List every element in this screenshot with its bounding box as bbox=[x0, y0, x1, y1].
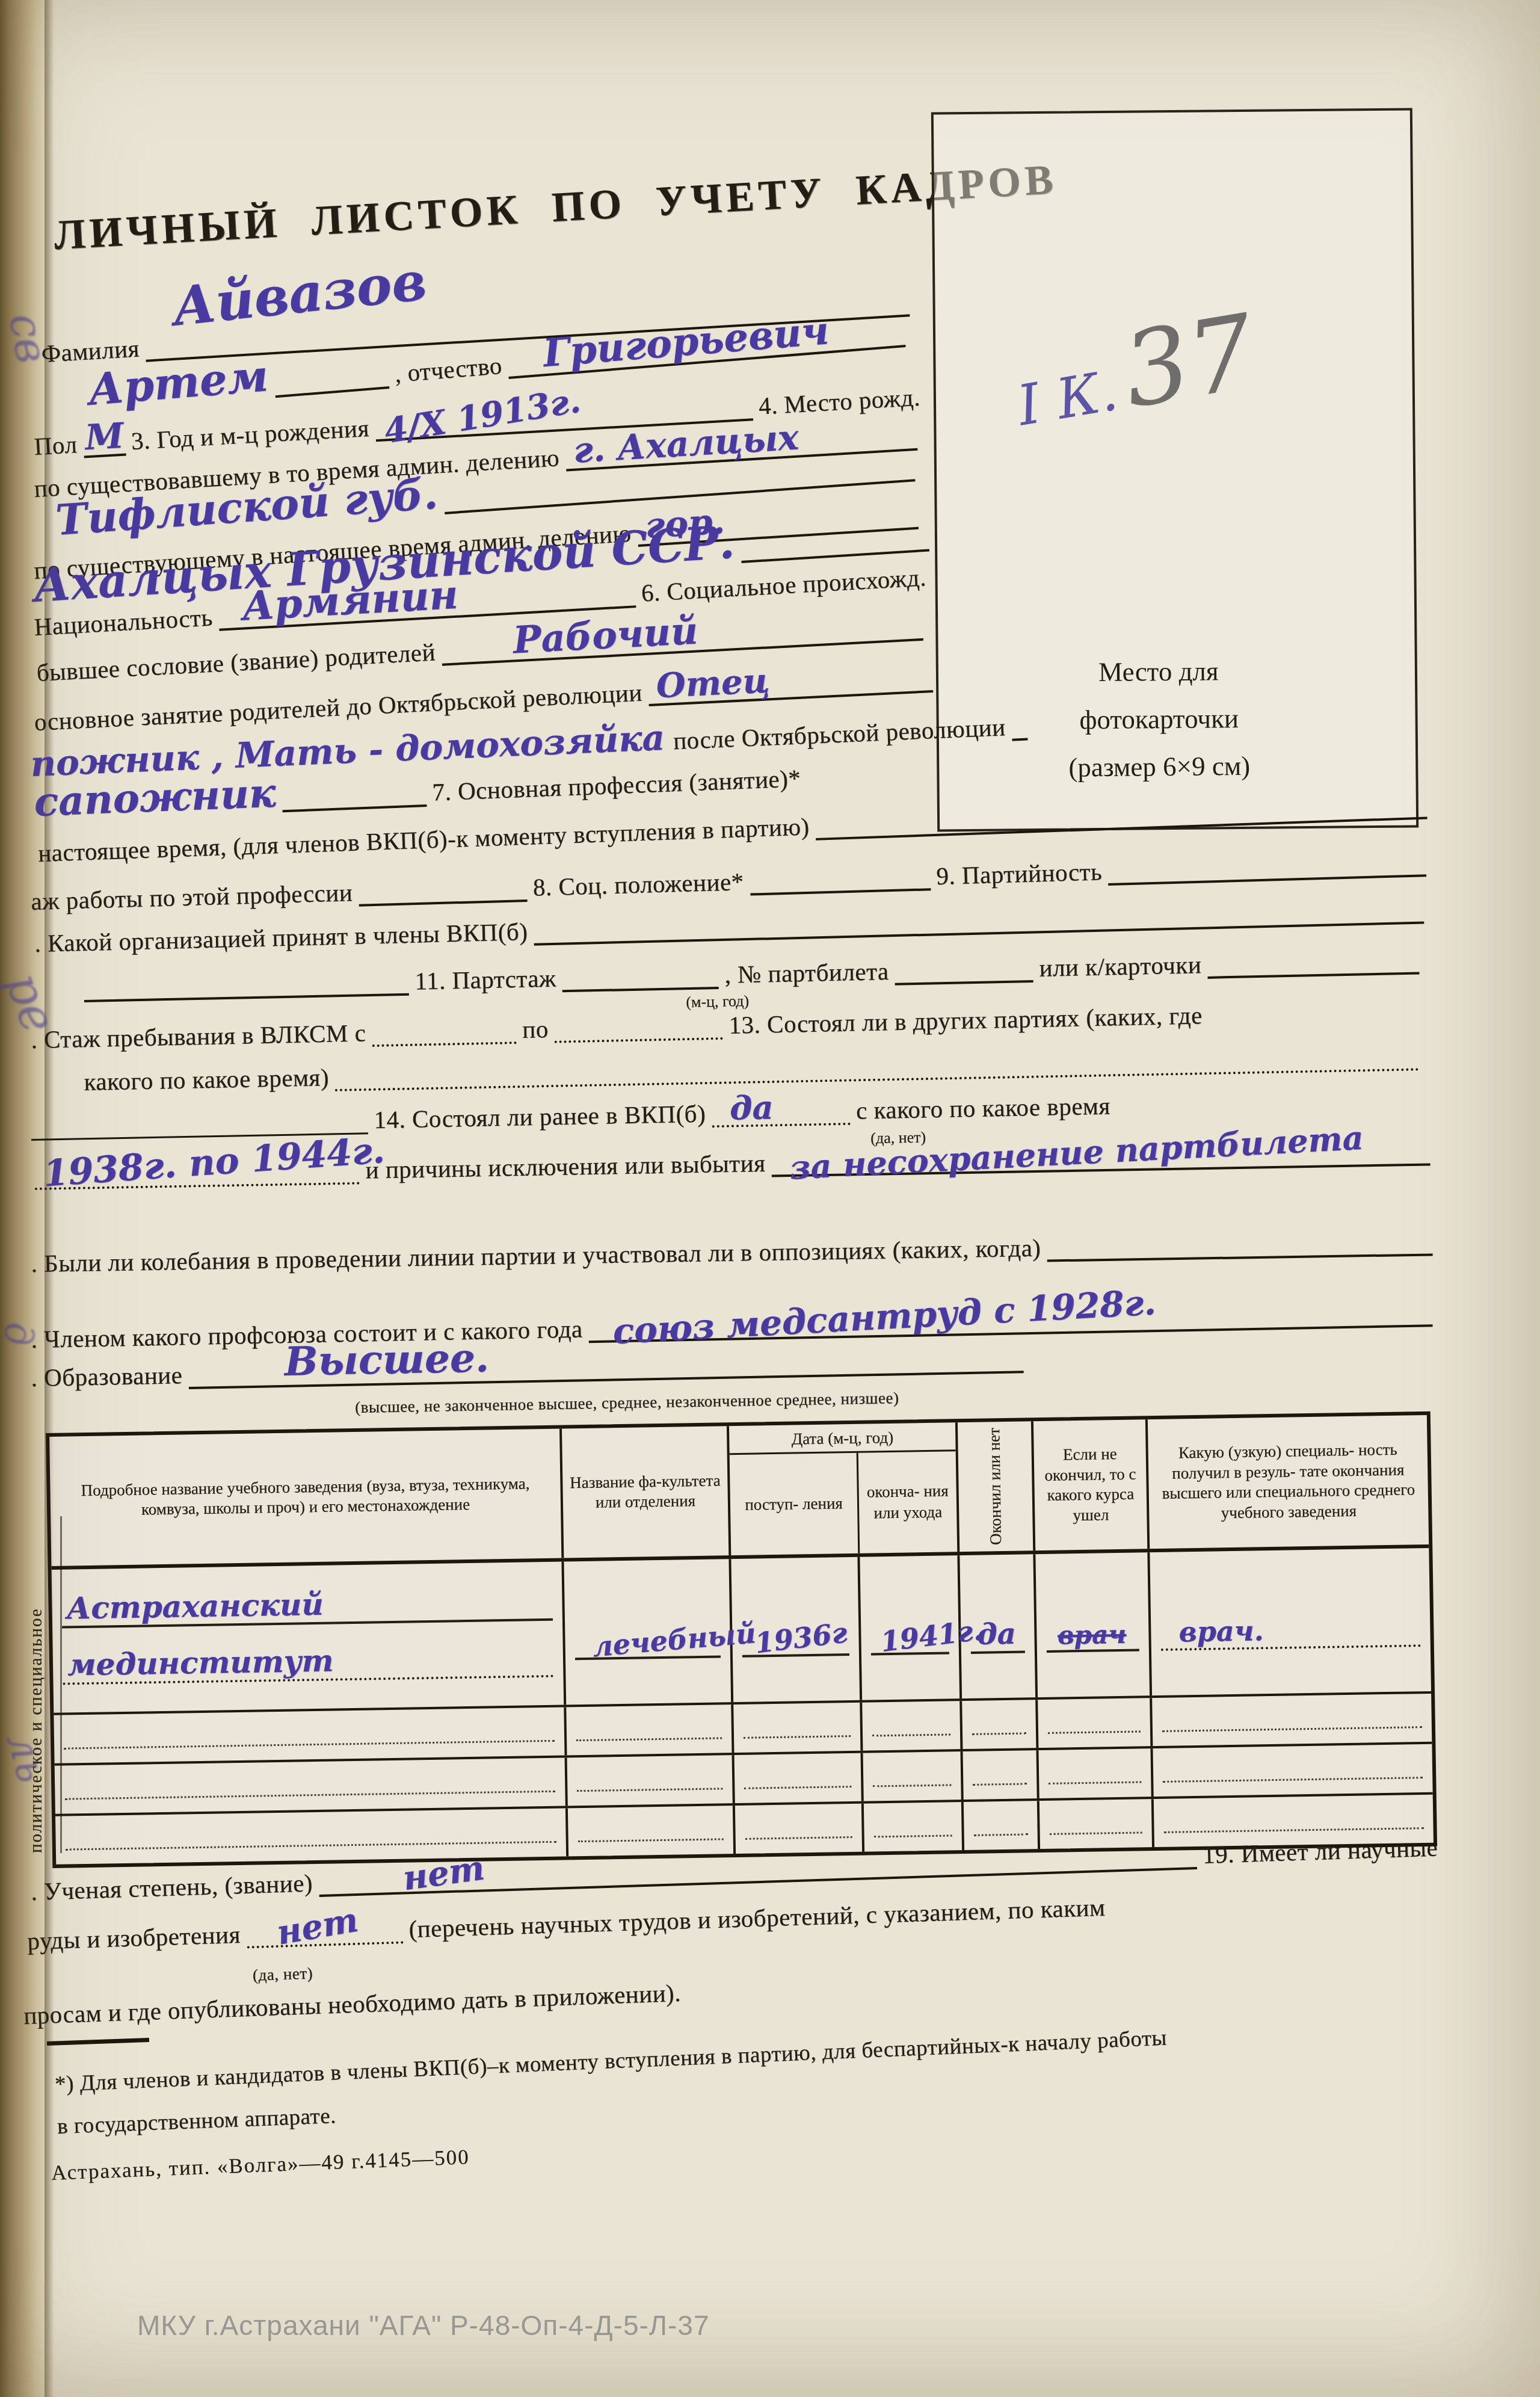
sex-handwriting: М bbox=[84, 415, 125, 458]
cell-faculty: лечебный bbox=[564, 1559, 733, 1704]
degree-label: . Ученая степень, (звание) bbox=[30, 1868, 313, 1906]
party-card-label: , № партбилета bbox=[724, 957, 889, 989]
blank-line: за несохранение партбилета bbox=[771, 1121, 1430, 1177]
blank-line bbox=[1010, 696, 1027, 741]
blank-line bbox=[1207, 930, 1420, 979]
footnote-text2: в государственном аппарате. bbox=[57, 2103, 336, 2139]
patronymic-label: , отчество bbox=[393, 351, 503, 388]
table-row: Астраханский мединститут лечебный 1936г … bbox=[52, 1548, 1432, 1715]
school-line2-handwriting: мединститут bbox=[67, 1643, 334, 1682]
empty-cell bbox=[55, 1757, 568, 1813]
education-label: . Образование bbox=[31, 1360, 183, 1392]
blank-line bbox=[1107, 832, 1426, 886]
empty-cell bbox=[1152, 1694, 1432, 1746]
exclusion-label: и причины исключения или выбытия bbox=[365, 1149, 766, 1185]
col-finished-vertical-text: Окончил или нет bbox=[985, 1428, 1006, 1545]
empty-cell bbox=[962, 1750, 1039, 1800]
empty-cell bbox=[863, 1751, 964, 1801]
blank-line bbox=[1047, 1211, 1433, 1262]
cell-date-out: 1941г. bbox=[860, 1555, 962, 1700]
col-school-header: Подробное название учебного заведения (в… bbox=[49, 1429, 564, 1566]
col-specialty-header: Какую (узкую) специаль- ность получил в … bbox=[1148, 1415, 1429, 1549]
scientific-works-label: 19. Имеет ли научные bbox=[1202, 1833, 1438, 1869]
writing-line: да bbox=[970, 1596, 1024, 1653]
empty-cell bbox=[1038, 1698, 1153, 1748]
footnote-rule bbox=[47, 2038, 149, 2046]
writing-line: Астраханский bbox=[61, 1564, 553, 1629]
blank-line bbox=[281, 762, 427, 812]
cell-date-in: 1936г bbox=[731, 1557, 862, 1702]
specialty-handwriting: врач. bbox=[1178, 1614, 1264, 1648]
works-note-label: (перечень научных трудов и изобретений, … bbox=[408, 1893, 1106, 1943]
blank-line bbox=[358, 857, 528, 907]
photo-caption-line1: Место для bbox=[938, 646, 1379, 697]
empty-cell bbox=[566, 1704, 734, 1755]
occupation-before-handwriting: Отец bbox=[655, 661, 771, 706]
vkpb-before-label: 14. Состоял ли ранее в ВКП(б) bbox=[374, 1099, 706, 1134]
blank-line bbox=[562, 945, 719, 992]
empty-cell bbox=[862, 1701, 962, 1751]
cell-specialty: врач. bbox=[1150, 1548, 1431, 1695]
blank-line: М bbox=[81, 412, 126, 458]
writing-line: врач. bbox=[1160, 1590, 1420, 1651]
empty-cell bbox=[733, 1703, 863, 1753]
col-date-out-header: оконча- ния или ухода bbox=[858, 1451, 958, 1553]
works-cont-label: руды и изобретения bbox=[26, 1920, 241, 1955]
form-title: ЛИЧНЫЙ ЛИСТОК ПО УЧЕТУ КАДРОВ bbox=[53, 156, 1059, 260]
printer-imprint: Астрахань, тип. «Волга»—49 г.4145—500 bbox=[51, 2145, 470, 2185]
works-note2-label: просам и где опубликованы необходимо дат… bbox=[23, 1978, 681, 2030]
cell-finished: да bbox=[959, 1554, 1038, 1698]
empty-cell bbox=[1038, 1748, 1153, 1798]
blank-line bbox=[554, 995, 723, 1043]
vkpb-before-handwriting: да bbox=[729, 1088, 774, 1127]
col-faculty-header: Название фа-культета или отделения bbox=[562, 1426, 731, 1558]
col-date-header: Дата (м-ц, год) поступ- ления оконча- ни… bbox=[729, 1422, 959, 1555]
writing-line: 1936г bbox=[742, 1599, 849, 1658]
writing-line: 1941г. bbox=[870, 1597, 949, 1655]
field-line-works-note2: просам и где опубликованы необходимо дат… bbox=[22, 1954, 926, 2030]
blank-line: Отец bbox=[647, 648, 933, 706]
left-course-handwriting-struck: врач bbox=[1058, 1620, 1127, 1650]
writing-line: врач bbox=[1046, 1594, 1139, 1652]
vkpb-period-label: с какого по какое время bbox=[856, 1091, 1111, 1125]
blank-line bbox=[273, 344, 390, 398]
blank-line: 1938г. по 1944г. bbox=[34, 1140, 360, 1190]
finished-handwriting: да bbox=[977, 1617, 1016, 1652]
empty-cell bbox=[962, 1700, 1038, 1749]
blank-line: нет bbox=[245, 1899, 403, 1948]
blank-line bbox=[83, 951, 408, 1002]
col-finished-header: Окончил или нет bbox=[958, 1421, 1035, 1552]
exclusion-handwriting: за несохранение партбилета bbox=[789, 1118, 1364, 1187]
blank-line bbox=[31, 1090, 368, 1141]
pencil-note-ink-part: I К. bbox=[1013, 359, 1122, 439]
empty-cell bbox=[567, 1755, 735, 1806]
col-date-title: Дата (м-ц, год) bbox=[729, 1422, 956, 1453]
date-in-handwriting: 1936г bbox=[753, 1616, 849, 1659]
oscillations-label: . Были ли колебания в проведении линии п… bbox=[31, 1233, 1041, 1278]
empty-cell bbox=[1153, 1744, 1432, 1797]
footnote-text1: *) Для членов и кандидатов в члены ВКП(б… bbox=[54, 2025, 1167, 2097]
archive-pencil-note: I К.37 bbox=[1006, 292, 1263, 449]
school-line1-handwriting: Астраханский bbox=[66, 1587, 324, 1626]
blank-line bbox=[894, 938, 1033, 986]
works-handwriting: нет bbox=[274, 1900, 361, 1953]
party-membership-label: 9. Партийность bbox=[936, 857, 1103, 890]
degree-handwriting: нет bbox=[401, 1848, 487, 1899]
writing-line: лечебный bbox=[574, 1601, 721, 1660]
blank-line: Высшее. bbox=[188, 1328, 1023, 1389]
education-subscript: (высшее, не законченное высшее, среднее,… bbox=[355, 1389, 899, 1417]
blank-line bbox=[749, 846, 931, 895]
cell-left-course: врач bbox=[1035, 1552, 1152, 1697]
estate-handwriting: Рабочий bbox=[512, 608, 699, 662]
empty-cell bbox=[735, 1753, 864, 1803]
col-left-course-header: Если не окончил, то с какого курса ушел bbox=[1033, 1419, 1150, 1550]
field-line-oscillations: . Были ли колебания в проведении линии п… bbox=[31, 1211, 1439, 1278]
education-table-header: Подробное название учебного заведения (в… bbox=[49, 1415, 1429, 1570]
k-card-label: или к/карточки bbox=[1039, 950, 1202, 983]
writing-line: мединститут bbox=[62, 1621, 553, 1685]
blank-line bbox=[371, 999, 516, 1047]
education-handwriting: Высшее. bbox=[284, 1334, 489, 1385]
partstazh-label: 11. Партстаж bbox=[414, 964, 556, 996]
education-table: Подробное название учебного заведения (в… bbox=[46, 1411, 1437, 1868]
archive-watermark: МКУ г.Астрахани "АГА" Р-48-Оп-4-Д-5-Л-37 bbox=[137, 2309, 710, 2342]
col-date-in-header: поступ- ления bbox=[730, 1453, 860, 1555]
empty-cell bbox=[54, 1707, 567, 1763]
blank-line: да bbox=[711, 1081, 850, 1128]
vlksm-po-label: по bbox=[522, 1014, 549, 1044]
cell-school: Астраханский мединститут bbox=[52, 1561, 567, 1712]
pencil-note-number: 37 bbox=[1115, 292, 1263, 431]
